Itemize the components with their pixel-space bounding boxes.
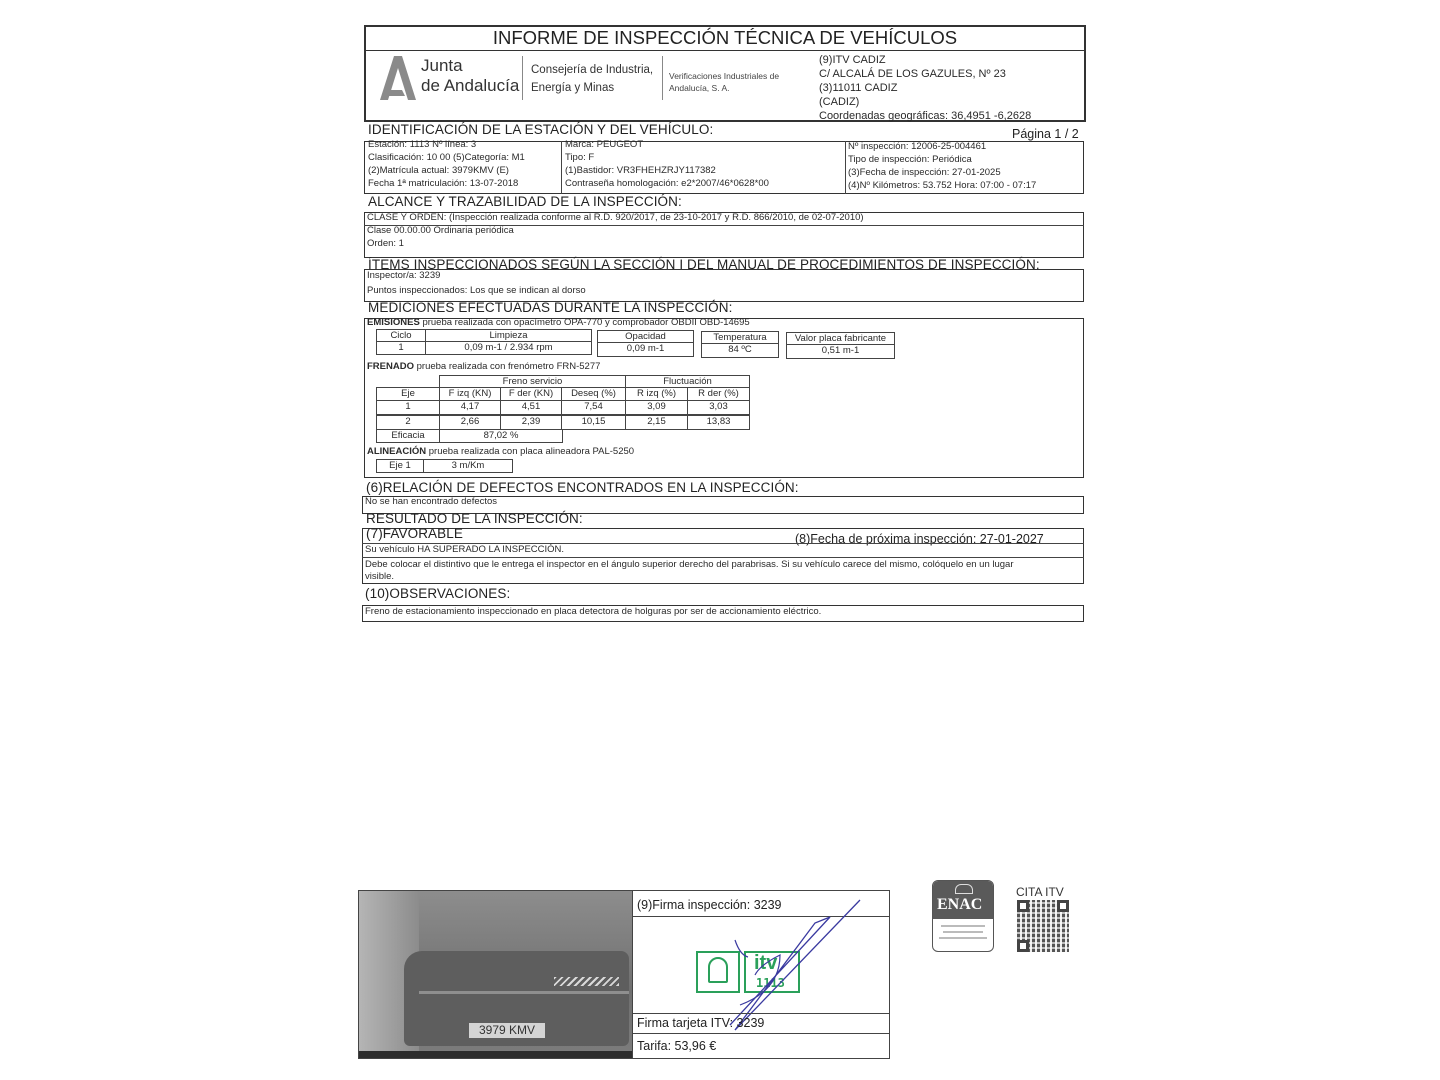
qr-finder-icon (1057, 900, 1069, 912)
id-col-divider (561, 141, 562, 194)
cita-itv-label: CITA ITV (1016, 885, 1064, 899)
result-line2: Debe colocar el distintivo que le entreg… (365, 559, 1014, 570)
enac-badge: ENAC (932, 880, 994, 952)
braking-cell: 13,83 (687, 415, 750, 430)
braking-cell: 2,15 (625, 415, 688, 430)
qr-finder-icon (1017, 900, 1029, 912)
dept-divider (662, 56, 663, 100)
crown-icon (955, 884, 973, 894)
alignment-value: 3 m/Km (423, 459, 513, 473)
scope-class-order: CLASE Y ORDEN: (Inspección realizada con… (367, 212, 864, 223)
braking-header: R der (%) (687, 387, 750, 401)
logo-line1: Junta (421, 56, 463, 76)
braking-cell: 3,03 (687, 400, 750, 415)
result-title: RESULTADO DE LA INSPECCIÓN: (366, 511, 583, 526)
dept-line1: Consejería de Industria, (531, 64, 653, 76)
signature-scribble-icon (630, 895, 890, 1055)
footer-divider (632, 1013, 890, 1014)
result-divider (362, 557, 1084, 558)
measurements-title: MEDICIONES EFECTUADAS DURANTE LA INSPECC… (368, 300, 732, 315)
emissions-value-cycle: 1 (376, 341, 426, 355)
braking-cell: 4,51 (500, 400, 562, 415)
card-signature: Firma tarjeta ITV: 3239 (637, 1016, 764, 1030)
fee: Tarifa: 53,96 € (637, 1039, 716, 1053)
report-title: INFORME DE INSPECCIÓN TÉCNICA DE VEHÍCUL… (364, 27, 1086, 49)
photo-car-line (419, 991, 629, 994)
emissions-value-manufacturer: 0,51 m-1 (786, 344, 895, 359)
observations-text: Freno de estacionamiento inspeccionado e… (365, 606, 821, 617)
braking-header: Deseq (%) (561, 387, 626, 401)
company-line2: Andalucía, S. A. (669, 83, 729, 93)
vehicle-photo: 3979 KMV (359, 891, 632, 1058)
emissions-line: EMISIONES prueba realizada con opacímetr… (367, 317, 750, 328)
braking-cell: 2,66 (439, 415, 501, 430)
observations-title: (10)OBSERVACIONES: (365, 586, 510, 601)
dept-line2: Energía y Minas (531, 82, 614, 94)
qr-finder-icon (1017, 940, 1029, 952)
emissions-value-opacity: 0,09 m-1 (597, 342, 694, 357)
result-verdict: (7)FAVORABLE (366, 526, 463, 541)
identification-title: IDENTIFICACIÓN DE LA ESTACIÓN Y DEL VEHÍ… (368, 122, 713, 137)
items-inspector: Inspector/a: 3239 (367, 270, 440, 281)
alignment-line: ALINEACIÓN prueba realizada con placa al… (367, 446, 634, 457)
braking-cell: 7,54 (561, 400, 626, 415)
license-plate: 3979 KMV (469, 1023, 545, 1038)
junta-logo-icon (378, 56, 416, 100)
braking-efficiency-label: Eficacia (376, 429, 440, 443)
emissions-value-temperature: 84 ºC (701, 343, 779, 358)
braking-cell: 1 (376, 400, 440, 415)
logo-divider (522, 56, 523, 100)
braking-header: F der (KN) (500, 387, 562, 401)
result-line3: visible. (365, 571, 394, 582)
id-col-divider (845, 141, 846, 194)
photo-taillight (554, 977, 619, 986)
braking-cell: 4,17 (439, 400, 501, 415)
braking-cell: 2 (376, 415, 440, 430)
logo-line2: de Andalucía (421, 76, 519, 96)
scope-title: ALCANCE Y TRAZABILIDAD DE LA INSPECCIÓN: (368, 194, 682, 209)
alignment-axle: Eje 1 (376, 459, 424, 473)
footer-divider (632, 1033, 890, 1034)
braking-header: F izq (KN) (439, 387, 501, 401)
items-points: Puntos inspeccionados: Los que se indica… (367, 285, 586, 296)
scope-class: Clase 00.00.00 Ordinaria periódica (367, 225, 514, 236)
photo-timestamp-strip (359, 1051, 632, 1058)
defects-title: (6)RELACIÓN DE DEFECTOS ENCONTRADOS EN L… (366, 480, 799, 495)
braking-header: R izq (%) (625, 387, 688, 401)
enac-label: ENAC (937, 896, 982, 914)
braking-efficiency-value: 87,02 % (439, 429, 563, 443)
braking-cell: 2,39 (500, 415, 562, 430)
company-line1: Verificaciones Industriales de (669, 71, 779, 81)
emissions-value-cleaning: 0,09 m-1 / 2.934 rpm (425, 341, 592, 355)
braking-header: Eje (376, 387, 440, 401)
braking-line: FRENADO prueba realizada con frenómetro … (367, 361, 600, 372)
braking-cell: 3,09 (625, 400, 688, 415)
defects-text: No se han encontrado defectos (365, 496, 497, 507)
page-number: Página 1 / 2 (1012, 127, 1079, 141)
scope-order: Orden: 1 (367, 238, 404, 249)
result-line1: Su vehículo HA SUPERADO LA INSPECCIÓN. (365, 544, 564, 555)
braking-cell: 10,15 (561, 415, 626, 430)
header-divider (364, 50, 1086, 51)
